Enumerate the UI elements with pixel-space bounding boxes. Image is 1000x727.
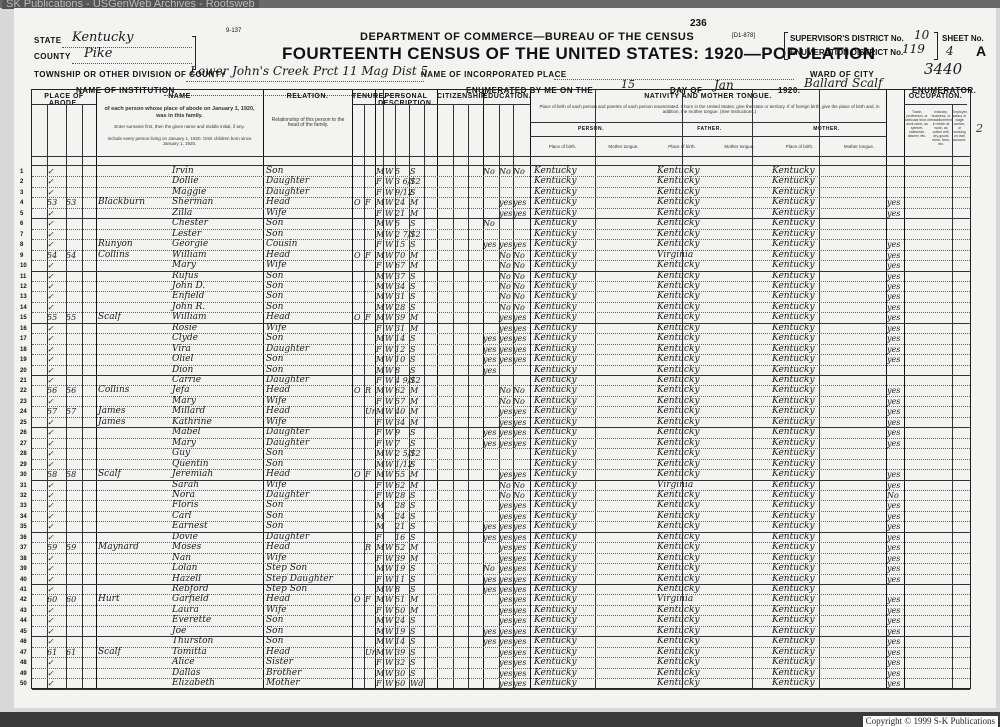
cell-rel: Daughter — [266, 532, 309, 543]
cell-surname: Maynard — [98, 542, 139, 553]
row-number: 19 — [20, 357, 27, 363]
cell-pob: Kentucky — [534, 417, 577, 428]
cell-age: 4 9/12 — [395, 375, 421, 386]
cell-race: W — [385, 176, 393, 187]
cell-rel: Son — [266, 302, 283, 313]
cell-sex: M — [376, 459, 384, 470]
cell-dw: ✓ — [47, 553, 54, 564]
cell-eng: yes — [887, 500, 900, 511]
cell-mpob: Kentucky — [772, 553, 815, 564]
cell-race: W — [385, 626, 393, 637]
cell-fpob: Kentucky — [657, 626, 700, 637]
row-number: 43 — [20, 608, 27, 614]
cell-rel: Head — [266, 542, 290, 553]
cell-sex: F — [376, 375, 382, 386]
cell-read: yes — [499, 417, 512, 428]
cell-read: yes — [499, 511, 512, 522]
county-value: Pike — [84, 46, 112, 61]
cell-age: 34 — [395, 417, 405, 428]
row-number: 10 — [20, 263, 27, 269]
cell-mf: F — [365, 469, 371, 480]
cell-write: yes — [513, 197, 526, 208]
cell-pob: Kentucky — [534, 281, 577, 292]
cell-rel: Step Son — [266, 584, 307, 595]
cell-race: W — [385, 480, 393, 491]
cell-read: No — [499, 490, 511, 501]
cell-mpob: Kentucky — [772, 166, 815, 177]
cell-read: yes — [499, 553, 512, 564]
cell-mpob: Kentucky — [772, 239, 815, 250]
nativity-divider — [530, 122, 886, 123]
cell-surname: Hurt — [98, 594, 120, 605]
cell-sex: M — [376, 542, 384, 553]
cell-eng: yes — [887, 344, 900, 355]
occupation-column-header: Industry, business, or establishment in … — [930, 110, 952, 146]
cell-fpob: Kentucky — [657, 323, 700, 334]
cell-sex: F — [376, 657, 382, 668]
cell-race: W — [385, 438, 393, 449]
cell-race: W — [385, 302, 393, 313]
cell-read: yes — [499, 406, 512, 417]
cell-fpob: Kentucky — [657, 291, 700, 302]
cell-ms: M — [410, 542, 418, 553]
cell-mf: F — [365, 312, 371, 323]
cell-dw: ✓ — [47, 291, 54, 302]
cell-race: W — [385, 260, 393, 271]
state-line — [62, 46, 192, 48]
cell-race: W — [385, 406, 393, 417]
table-row: 45✓JoeSonMW19SyesyesyesKentuckyKentuckyK… — [32, 626, 972, 636]
cell-rel: Wife — [266, 605, 287, 616]
cell-pob: Kentucky — [534, 239, 577, 250]
cell-pob: Kentucky — [534, 365, 577, 376]
cell-race: W — [385, 166, 393, 177]
cell-age: 11 — [395, 574, 405, 585]
cell-given: Mabel — [172, 427, 201, 438]
cell-sex: F — [376, 553, 382, 564]
table-row: 18✓ViraDaughterFW12SyesyesyesKentuckyKen… — [32, 344, 972, 354]
cell-own: O — [354, 312, 361, 323]
cell-sch: yes — [483, 344, 496, 355]
cell-read: yes — [499, 574, 512, 585]
cell-age: 2 7/12 — [395, 229, 421, 240]
cell-sex: F — [376, 323, 382, 334]
cell-write: No — [513, 250, 525, 261]
department-heading: DEPARTMENT OF COMMERCE—BUREAU OF THE CEN… — [360, 31, 694, 43]
cell-age: 7 — [395, 438, 400, 449]
cell-surname: Scalf — [98, 312, 121, 323]
cell-mpob: Kentucky — [772, 385, 815, 396]
cell-eng: yes — [887, 657, 900, 668]
cell-fam: 53 — [66, 197, 76, 208]
table-row: 245757JamesMillardHeadUnMW40MyesyesKentu… — [32, 406, 972, 416]
ward-value: 3440 — [924, 60, 962, 78]
cell-fpob: Kentucky — [657, 647, 700, 658]
supervisor-label: SUPERVISOR'S DISTRICT No. — [790, 34, 904, 43]
cell-race: W — [385, 605, 393, 616]
cell-age: 39 — [395, 647, 405, 658]
row-number: 9 — [20, 253, 23, 259]
cell-dw: ✓ — [47, 344, 54, 355]
nativity-column-header: Place of birth. — [652, 144, 712, 149]
cell-mpob: Kentucky — [772, 427, 815, 438]
cell-ms: S — [410, 281, 415, 292]
cell-own: O — [354, 594, 361, 605]
cell-mpob: Kentucky — [772, 459, 815, 470]
cell-fpob: Kentucky — [657, 260, 700, 271]
cell-given: Lolan — [172, 563, 197, 574]
table-row: 13✓EnfieldSonMW31SNoNoKentuckyKentuckyKe… — [32, 291, 972, 301]
cell-write: yes — [513, 532, 526, 543]
cell-pob: Kentucky — [534, 626, 577, 637]
cell-read: No — [499, 281, 511, 292]
cell-eng: yes — [887, 396, 900, 407]
cell-ms: S — [410, 511, 415, 522]
cell-write: yes — [513, 438, 526, 449]
row-number: 2 — [20, 179, 23, 185]
cell-pob: Kentucky — [534, 354, 577, 365]
county-label: COUNTY — [34, 52, 71, 61]
row-number: 17 — [20, 336, 27, 342]
cell-write: No — [513, 396, 525, 407]
cell-fpob: Kentucky — [657, 417, 700, 428]
cell-eng: yes — [887, 615, 900, 626]
cell-fam: 58 — [66, 469, 76, 480]
cell-sch: yes — [483, 365, 496, 376]
cell-fpob: Virginia — [657, 594, 693, 605]
cell-mpob: Kentucky — [772, 438, 815, 449]
cell-pob: Kentucky — [534, 532, 577, 543]
cell-rel: Head — [266, 312, 290, 323]
cell-sch: yes — [483, 333, 496, 344]
cell-read: yes — [499, 657, 512, 668]
cell-pob: Kentucky — [534, 197, 577, 208]
cell-given: Floris — [172, 500, 198, 511]
cell-fpob: Kentucky — [657, 511, 700, 522]
cell-dw: ✓ — [47, 176, 54, 187]
nativity-column-header: Mother tongue. — [832, 144, 886, 149]
cell-given: Rosie — [172, 323, 197, 334]
cell-read: yes — [499, 584, 512, 595]
cell-write: yes — [513, 647, 526, 658]
row-number: 28 — [20, 451, 27, 457]
cell-given: Dollie — [172, 176, 199, 187]
cell-eng: yes — [887, 417, 900, 428]
cell-mpob: Kentucky — [772, 281, 815, 292]
cell-fpob: Kentucky — [657, 375, 700, 386]
cell-surname: Scalf — [98, 469, 121, 480]
cell-age: 8 — [395, 365, 400, 376]
cell-ms: M — [410, 250, 418, 261]
cell-eng: yes — [887, 563, 900, 574]
row-number: 25 — [20, 420, 27, 426]
cell-sex: M — [376, 448, 384, 459]
cell-read: yes — [499, 438, 512, 449]
cell-race: W — [385, 469, 393, 480]
cell-age: 57 — [395, 396, 405, 407]
column-number-divider — [32, 156, 970, 157]
cell-ms: S — [410, 344, 415, 355]
cell-age: 40 — [395, 406, 405, 417]
cell-fpob: Kentucky — [657, 605, 700, 616]
cell-sch: yes — [483, 636, 496, 647]
cell-sex: M — [376, 302, 384, 313]
census-table: PLACE OF ABODE.NAMERELATION.TENURE.PERSO… — [31, 89, 971, 689]
cell-eng: yes — [887, 626, 900, 637]
cell-dw: ✓ — [47, 605, 54, 616]
cell-dw: ✓ — [47, 500, 54, 511]
cell-pob: Kentucky — [534, 542, 577, 553]
cell-mpob: Kentucky — [772, 469, 815, 480]
cell-fpob: Kentucky — [657, 333, 700, 344]
cell-rel: Son — [266, 459, 283, 470]
cell-sex: F — [376, 438, 382, 449]
row-number: 11 — [20, 274, 26, 280]
cell-ms: S — [410, 229, 415, 240]
enumeration-value: 119 — [902, 42, 925, 56]
cell-age: 39 — [395, 553, 405, 564]
table-row: 44✓EveretteSonMW24SyesyesKentuckyKentuck… — [32, 615, 972, 625]
row-number: 22 — [20, 388, 27, 394]
cell-write: No — [513, 291, 525, 302]
cell-ms: S — [410, 375, 415, 386]
row-number: 29 — [20, 462, 27, 468]
cell-write: yes — [513, 500, 526, 511]
cell-race: W — [385, 594, 393, 605]
cell-age: 67 — [395, 260, 405, 271]
sheet-label: SHEET No. — [942, 34, 984, 43]
cell-age: 10 — [395, 354, 405, 365]
cell-given: Earnest — [172, 521, 208, 532]
cell-mpob: Kentucky — [772, 574, 815, 585]
row-number: 38 — [20, 556, 27, 562]
cell-age: 9 — [395, 427, 400, 438]
cell-pob: Kentucky — [534, 291, 577, 302]
cell-pob: Kentucky — [534, 490, 577, 501]
enumeration-label: ENUMERATION DISTRICT No. — [790, 48, 903, 57]
cell-fpob: Kentucky — [657, 657, 700, 668]
cell-dw: ✓ — [47, 657, 54, 668]
cell-sch: yes — [483, 584, 496, 595]
cell-ms: S — [410, 490, 415, 501]
row-number: 50 — [20, 681, 27, 687]
cell-write: No — [513, 281, 525, 292]
cell-mpob: Kentucky — [772, 344, 815, 355]
cell-rel: Sister — [266, 657, 293, 668]
cell-mpob: Kentucky — [772, 636, 815, 647]
cell-pob: Kentucky — [534, 657, 577, 668]
row-number: 36 — [20, 535, 27, 541]
cell-eng: yes — [887, 250, 900, 261]
cell-own: O — [354, 197, 361, 208]
cell-read: No — [499, 166, 511, 177]
table-row: 19✓OlielSonMW10SyesyesyesKentuckyKentuck… — [32, 354, 972, 364]
group-underline — [483, 104, 530, 105]
cell-given: Jeremiah — [172, 469, 213, 480]
cell-age: 19 — [395, 626, 405, 637]
nativity-divider — [530, 136, 886, 137]
row-number: 48 — [20, 660, 27, 666]
table-row: 155555ScalfWilliamHeadOFMW39MyesyesKentu… — [32, 312, 972, 322]
cell-fpob: Kentucky — [657, 187, 700, 198]
cell-age: 24 — [395, 511, 405, 522]
table-row: 3✓MaggieDaughterFW9/12SKentuckyKentuckyK… — [32, 187, 972, 197]
cell-dw: ✓ — [47, 417, 54, 428]
cell-write: No — [513, 490, 525, 501]
cell-sex: F — [376, 480, 382, 491]
cell-race: W — [385, 636, 393, 647]
cell-write: yes — [513, 584, 526, 595]
cell-mpob: Kentucky — [772, 647, 815, 658]
cell-pob: Kentucky — [534, 229, 577, 240]
cell-rel: Head — [266, 385, 290, 396]
cell-eng: yes — [887, 594, 900, 605]
cell-read: yes — [499, 469, 512, 480]
cell-ms: S — [410, 176, 415, 187]
cell-dw: ✓ — [47, 678, 54, 689]
cell-dw: ✓ — [47, 574, 54, 585]
cell-read: yes — [499, 615, 512, 626]
row-number: 40 — [20, 577, 27, 583]
cell-mpob: Kentucky — [772, 657, 815, 668]
cell-rel: Son — [266, 500, 283, 511]
cell-sex: M — [376, 312, 384, 323]
cell-rel: Son — [266, 166, 283, 177]
cell-race: W — [385, 333, 393, 344]
cell-ms: S — [410, 438, 415, 449]
cell-age: 62 — [395, 480, 405, 491]
group-underline — [437, 104, 483, 105]
cell-fpob: Kentucky — [657, 302, 700, 313]
table-row: 43✓LauraWifeFW50MyesyesKentuckyKentuckyK… — [32, 605, 972, 615]
cell-age: 31 — [395, 323, 405, 334]
cell-dw: ✓ — [47, 187, 54, 198]
row-number: 3 — [20, 190, 23, 196]
cell-age: 30 — [395, 668, 405, 679]
cell-race: W — [385, 574, 393, 585]
cell-mpob: Kentucky — [772, 176, 815, 187]
cell-write: No — [513, 166, 525, 177]
cell-sex: M — [376, 271, 384, 282]
cell-age: 3 6/12 — [395, 176, 421, 187]
column-group-header: NAME — [96, 93, 263, 100]
cell-age: 39 — [395, 312, 405, 323]
cell-sex: M — [376, 281, 384, 292]
table-row: 48✓AliceSisterFW32SyesyesKentuckyKentuck… — [32, 657, 972, 667]
cell-dw: 54 — [47, 250, 57, 261]
cell-write: yes — [513, 417, 526, 428]
cell-race: W — [385, 197, 393, 208]
cell-pob: Kentucky — [534, 260, 577, 271]
column-group-header: EDUCATION. — [483, 93, 530, 100]
cell-age: 28 — [395, 302, 405, 313]
cell-pob: Kentucky — [534, 375, 577, 386]
cell-ms: M — [410, 406, 418, 417]
cell-write: yes — [513, 626, 526, 637]
group-underline — [352, 104, 375, 105]
cell-mpob: Kentucky — [772, 490, 815, 501]
table-row: 20✓DionSonMW8SyesKentuckyKentuckyKentuck… — [32, 365, 972, 375]
cell-rel: Son — [266, 291, 283, 302]
cell-write: yes — [513, 668, 526, 679]
cell-age: 32 — [395, 657, 405, 668]
cell-fam: 60 — [66, 594, 76, 605]
cell-rel: Wife — [266, 480, 287, 491]
name-note-surname: Enter surname first, then the given name… — [102, 124, 257, 129]
cell-dw: 53 — [47, 197, 57, 208]
table-row: 305858ScalfJeremiahHeadOFMW55MyesyesKent… — [32, 469, 972, 479]
cell-rel: Wife — [266, 417, 287, 428]
cell-eng: yes — [887, 647, 900, 658]
cell-fpob: Kentucky — [657, 354, 700, 365]
cell-dw: ✓ — [47, 260, 54, 271]
cell-given: Carl — [172, 511, 191, 522]
cell-fpob: Kentucky — [657, 218, 700, 229]
cell-eng: yes — [887, 333, 900, 344]
cell-fpob: Kentucky — [657, 239, 700, 250]
cell-eng: yes — [887, 281, 900, 292]
table-row: 45353BlackburnShermanHeadOFMW24MyesyesKe… — [32, 197, 972, 207]
cell-read: yes — [499, 323, 512, 334]
cell-pob: Kentucky — [534, 615, 577, 626]
table-row: 35✓EarnestSonM21SyesyesyesKentuckyKentuc… — [32, 521, 972, 531]
group-underline — [32, 104, 96, 105]
cell-given: Zilla — [172, 208, 192, 219]
row-number: 21 — [20, 378, 27, 384]
cell-age: 50 — [395, 605, 405, 616]
cell-race: W — [385, 584, 393, 595]
table-row: 10✓MaryWifeFW67MNoNoKentuckyKentuckyKent… — [32, 260, 972, 270]
cell-sex: F — [376, 344, 382, 355]
cell-read: No — [499, 385, 511, 396]
cell-pob: Kentucky — [534, 480, 577, 491]
cell-read: No — [499, 250, 511, 261]
cell-race: W — [385, 208, 393, 219]
cell-given: Quentin — [172, 459, 209, 470]
cell-given: Thurston — [172, 636, 213, 647]
cell-sex: M — [376, 365, 384, 376]
cell-ms: S — [410, 657, 415, 668]
cell-ms: S — [410, 333, 415, 344]
incorporated-label: NAME OF INCORPORATED PLACE — [421, 70, 567, 79]
row-number: 6 — [20, 221, 23, 227]
cell-sex: M — [376, 218, 384, 229]
cell-read: yes — [499, 427, 512, 438]
table-row: 5✓ZillaWifeFW21MyesyesKentuckyKentuckyKe… — [32, 208, 972, 218]
row-number: 8 — [20, 242, 23, 248]
cell-fpob: Kentucky — [657, 668, 700, 679]
cell-ms: S — [410, 459, 415, 470]
row-number: 16 — [20, 326, 27, 332]
cell-ms: S — [410, 448, 415, 459]
cell-age: 62 — [395, 385, 405, 396]
cell-sex: F — [376, 678, 382, 689]
table-row: 8✓RunyonGeorgieCousinFW15SyesyesyesKentu… — [32, 239, 972, 249]
cell-sex: M — [376, 511, 384, 522]
cell-pob: Kentucky — [534, 459, 577, 470]
nativity-column-header: Mother tongue. — [595, 144, 652, 149]
cell-eng: yes — [887, 239, 900, 250]
cell-ms: M — [410, 385, 418, 396]
cell-sch: yes — [483, 521, 496, 532]
cell-write: yes — [513, 574, 526, 585]
cell-read: yes — [499, 647, 512, 658]
table-row: 14✓John R.SonMW28SNoNoKentuckyKentuckyKe… — [32, 302, 972, 312]
cell-sex: M — [376, 668, 384, 679]
bottom-border — [0, 712, 1000, 727]
cell-fpob: Kentucky — [657, 312, 700, 323]
cell-fpob: Kentucky — [657, 490, 700, 501]
